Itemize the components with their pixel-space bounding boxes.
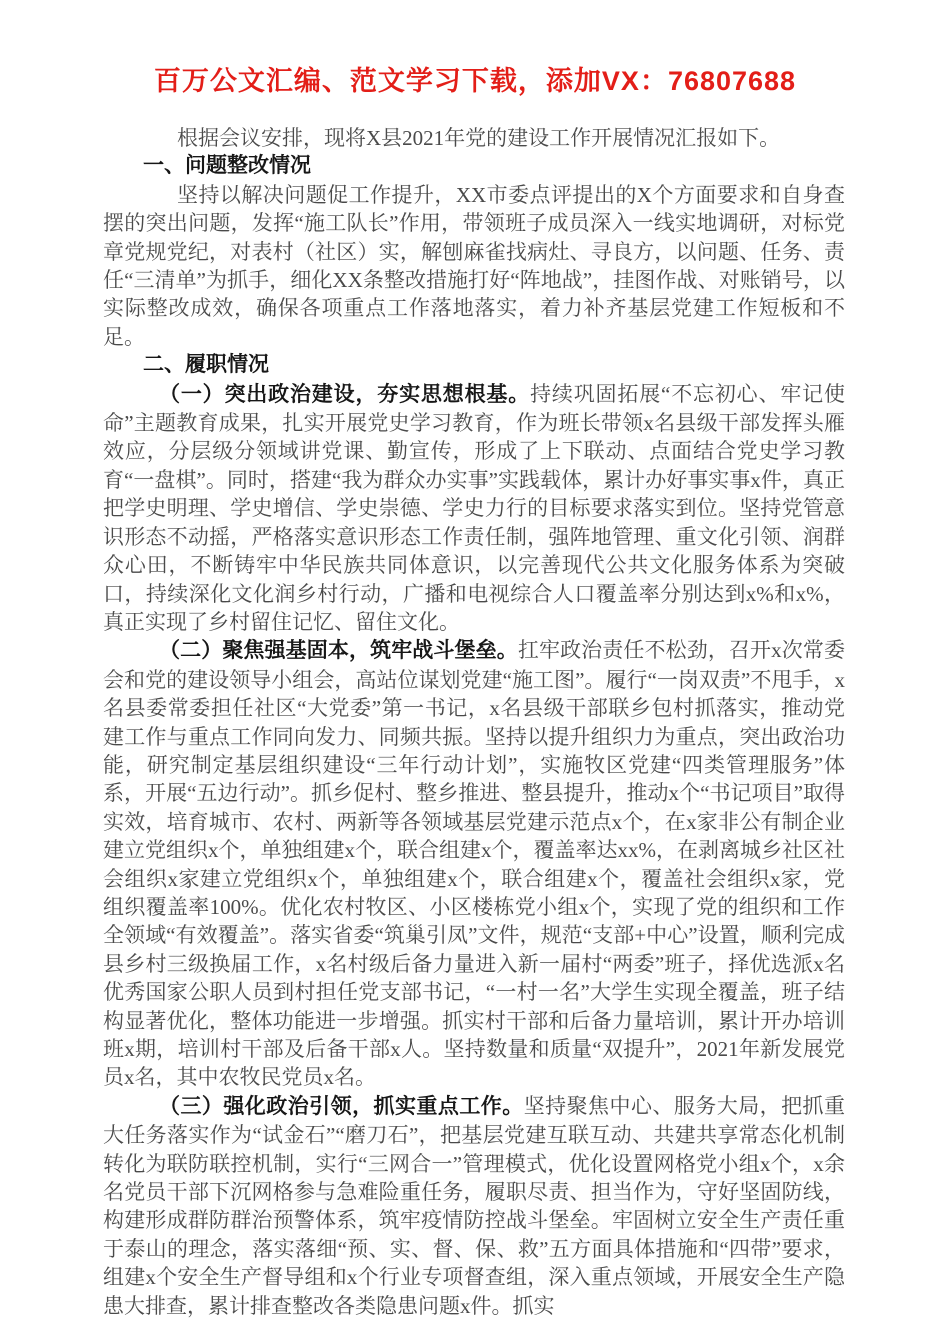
subsection-3-text: 坚持聚焦中心、服务大局，把抓重大任务落实作为“试金石”“磨刀石”，把基层党建互联…	[103, 1094, 845, 1318]
subsection-paragraph-1: （一）突出政治建设，夯实思想根基。持续巩固拓展“不忘初心、牢记使命”主题教育成果…	[103, 380, 845, 637]
document-page: 百万公文汇编、范文学习下载，添加VX：76807688 根据会议安排，现将X县2…	[0, 0, 950, 1344]
paragraph-problem-rectification: 坚持以解决问题促工作提升，XX市委点评提出的X个方面要求和自身查摆的突出问题，发…	[103, 181, 845, 351]
section-heading-duty-performance: 二、履职情况	[103, 351, 845, 379]
subsection-1-lead: （一）突出政治建设，夯实思想根基。	[159, 383, 530, 406]
subsection-paragraph-3: （三）强化政治引领，抓实重点工作。坚持聚焦中心、服务大局，把抓重大任务落实作为“…	[103, 1092, 845, 1320]
section-heading-problem-rectification: 一、问题整改情况	[103, 152, 845, 180]
subsection-1-text: 持续巩固拓展“不忘初心、牢记使命”主题教育成果，扎实开展党史学习教育，作为班长带…	[103, 382, 845, 634]
subsection-paragraph-2: （二）聚焦强基固本，筑牢战斗堡垒。扛牢政治责任不松劲，召开x次常委会和党的建设领…	[103, 636, 845, 1092]
subsection-2-lead: （二）聚焦强基固本，筑牢战斗堡垒。	[159, 639, 518, 662]
ad-banner-text: 百万公文汇编、范文学习下载，添加VX：76807688	[0, 0, 950, 98]
subsection-2-text: 扛牢政治责任不松劲，召开x次常委会和党的建设领导小组会，高站位谋划党建“施工图”…	[103, 638, 845, 1089]
subsection-3-lead: （三）强化政治引领，抓实重点工作。	[159, 1095, 524, 1118]
intro-paragraph: 根据会议安排，现将X县2021年党的建设工作开展情况汇报如下。	[103, 124, 845, 152]
document-body: 根据会议安排，现将X县2021年党的建设工作开展情况汇报如下。 一、问题整改情况…	[103, 124, 845, 1320]
